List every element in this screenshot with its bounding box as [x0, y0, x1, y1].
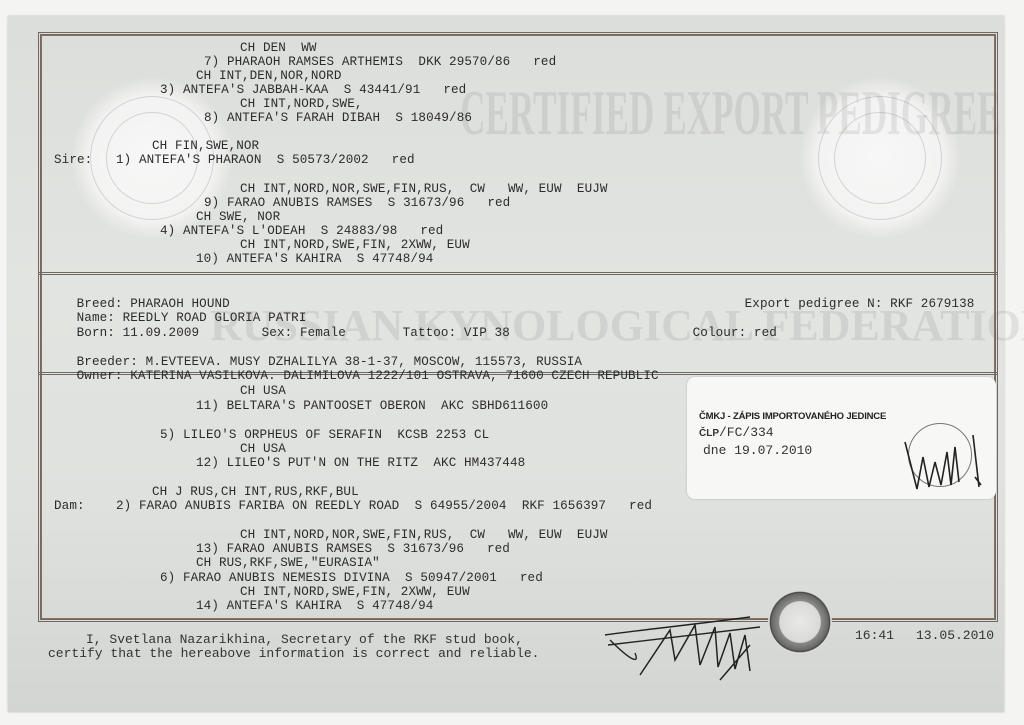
owner-value: KATERINA VASILKOVA. DALIMILOVA 1222/101 …: [130, 369, 658, 383]
tattoo-value: VIP 38: [464, 326, 510, 340]
titles-10: CH INT,NORD,SWE,FIN, 2XWW, EUW: [240, 238, 470, 252]
sticker-reg-number: /FC/334: [719, 425, 774, 440]
titles-3: CH INT,DEN,NOR,NORD: [196, 69, 342, 83]
dam-label: Dam:: [54, 499, 85, 513]
certification-line-2: certify that the hereabove information i…: [48, 646, 539, 661]
tattoo-label: Tattoo:: [403, 326, 457, 340]
sticker-reg-prefix: ČLP: [699, 428, 719, 439]
ancestor-10: 10) ANTEFA'S KAHIRA S 47748/94: [196, 252, 433, 266]
export-number: RKF 2679138: [890, 297, 974, 311]
born-label: Born:: [77, 326, 115, 340]
ancestor-4: 4) ANTEFA'S L'ODEAH S 24883/98 red: [160, 224, 443, 238]
titles-4: CH SWE, NOR: [196, 210, 280, 224]
colour-label: Colour:: [693, 326, 747, 340]
sire-label: Sire:: [54, 153, 92, 167]
titles-12: CH USA: [240, 442, 286, 456]
ancestor-6: 6) FARAO ANUBIS NEMESIS DIVINA S 50947/2…: [160, 571, 543, 585]
titles-11: CH USA: [240, 384, 286, 398]
ancestor-3: 3) ANTEFA'S JABBAH-KAA S 43441/91 red: [160, 83, 466, 97]
colour-value: red: [754, 326, 777, 340]
owner-row: Owner: KATERINA VASILKOVA. DALIMILOVA 12…: [46, 355, 659, 397]
ancestor-12: 12) LILEO'S PUT'N ON THE RITZ AKC HM4374…: [196, 456, 525, 470]
sticker-registration: ČLP/FC/334: [699, 425, 774, 440]
export-label: Export pedigree N:: [745, 297, 883, 311]
import-registration-sticker: ČMKJ - ZÁPIS IMPORTOVANÉHO JEDINCE ČLP/F…: [687, 377, 996, 499]
born-value: 11.09.2009: [123, 326, 200, 340]
ancestor-13: 13) FARAO ANUBIS RAMSES S 31673/96 red: [196, 542, 510, 556]
secretary-signature-icon: [600, 605, 780, 685]
sticker-heading: ČMKJ - ZÁPIS IMPORTOVANÉHO JEDINCE: [699, 411, 886, 422]
certification-time: 16:41: [855, 628, 894, 643]
titles-7: CH DEN WW: [240, 41, 317, 55]
divider-sire-info: [38, 272, 998, 275]
titles-8: CH INT,NORD,SWE,: [240, 97, 363, 111]
certification-date: 13.05.2010: [916, 628, 994, 643]
sticker-signature-icon: [895, 427, 985, 497]
ancestor-8: 8) ANTEFA'S FARAH DIBAH S 18049/86: [204, 111, 472, 125]
certification-line-1: I, Svetlana Nazarikhina, Secretary of th…: [86, 632, 523, 647]
sex-label: Sex:: [262, 326, 293, 340]
titles-9: CH INT,NORD,NOR,SWE,FIN,RUS, CW WW, EUW …: [240, 182, 608, 196]
ancestor-5: 5) LILEO'S ORPHEUS OF SERAFIN KCSB 2253 …: [160, 428, 489, 442]
rkf-round-seal-icon: [768, 590, 832, 654]
titles-14: CH INT,NORD,SWE,FIN, 2XWW, EUW: [240, 585, 470, 599]
sire-name: 1) ANTEFA'S PHARAON S 50573/2002 red: [116, 153, 415, 167]
dam-name: 2) FARAO ANUBIS FARIBA ON REEDLY ROAD S …: [116, 499, 652, 513]
titles-6: CH RUS,RKF,SWE,"EURASIA": [196, 556, 380, 570]
ancestor-11: 11) BELTARA'S PANTOOSET OBERON AKC SBHD6…: [196, 399, 548, 413]
ancestor-14: 14) ANTEFA'S KAHIRA S 47748/94: [196, 599, 433, 613]
colour-row: Colour: red: [662, 312, 777, 354]
ancestor-9: 9) FARAO ANUBIS RAMSES S 31673/96 red: [204, 196, 510, 210]
sticker-date: dne 19.07.2010: [703, 443, 812, 458]
owner-label: Owner:: [77, 369, 123, 383]
titles-1: CH FIN,SWE,NOR: [152, 139, 259, 153]
ancestor-7: 7) PHARAOH RAMSES ARTHEMIS DKK 29570/86 …: [204, 55, 556, 69]
sex-value: Female: [300, 326, 346, 340]
titles-13: CH INT,NORD,NOR,SWE,FIN,RUS, CW WW, EUW …: [240, 528, 608, 542]
titles-2: CH J RUS,CH INT,RUS,RKF,BUL: [152, 485, 359, 499]
